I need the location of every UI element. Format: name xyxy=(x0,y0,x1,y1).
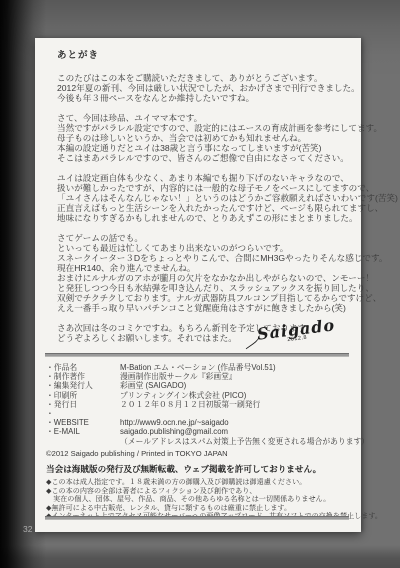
afterword-section: あとがき このたびはこの本をご購読いただきまして、ありがとうございます。2012… xyxy=(57,47,349,353)
colophon-label xyxy=(46,437,120,446)
afterword-line: さてゲームの話でも。 xyxy=(57,233,349,243)
colophon-value: プリンティングイン株式会社 (PICO) xyxy=(120,391,353,400)
afterword-line: 扱いが難しかったですが、内容的には一般的な母子モノをベースにしてますので、 xyxy=(57,183,349,193)
colophon-value: http://www9.ocn.ne.jp/~saigado xyxy=(120,418,353,427)
colophon-value: （メールアドレスはスパム対策上予告無く変更される場合があります） xyxy=(120,437,369,446)
colophon-section: ・作品名M-Bation エム・ベーション (作品番号Vol.51)・制作著作漫… xyxy=(46,363,353,458)
piracy-notice-item: ◆この本の内容の全部は著者によるフィクション及び創作であり、 xyxy=(46,487,355,496)
afterword-page: あとがき このたびはこの本をご購読いただきまして、ありがとうございます。2012… xyxy=(35,38,361,532)
colophon-label: ・ xyxy=(46,409,120,418)
piracy-notice-section: 当会は海賊版の発行及び無断転載、ウェブ掲載を許可しておりません。 ◆この本は成人… xyxy=(46,464,355,521)
colophon-rows: ・作品名M-Bation エム・ベーション (作品番号Vol.51)・制作著作漫… xyxy=(46,363,353,446)
colophon-value: 彩画堂 (SAIGADO) xyxy=(120,381,353,390)
colophon-row: （メールアドレスはスパム対策上予告無く変更される場合があります） xyxy=(46,437,353,446)
afterword-line: そこはまあパラレルですので、皆さんのご想像で自由になさってください。 xyxy=(57,153,349,163)
afterword-paragraph: さて、今回は珍品、ユイママ本です。当然ですがパラレル設定ですので、設定的にはエー… xyxy=(57,113,349,163)
afterword-line: と発狂しつつ今日も氷結弾を叩き込んだり、スラッシュアックスを振り回したり、 xyxy=(57,283,349,293)
afterword-line: 正直言えばもっと生活シーンを入れたかったんですけど、ページも限られてますし、 xyxy=(57,203,349,213)
colophon-value: saigado.publishing@gmail.com xyxy=(120,427,353,436)
divider-rule-top xyxy=(45,353,349,357)
colophon-label: ・発行日 xyxy=(46,400,120,409)
colophon-value: M-Bation エム・ベーション (作品番号Vol.51) xyxy=(120,363,353,372)
afterword-heading: あとがき xyxy=(57,47,349,61)
colophon-label: ・E-MAIL xyxy=(46,427,120,436)
afterword-paragraphs: このたびはこの本をご購読いただきまして、ありがとうございます。2012年夏の新刊… xyxy=(57,73,349,343)
colophon-row: ・印刷所プリンティングイン株式会社 (PICO) xyxy=(46,391,353,400)
copyright-line: ©2012 Saigado publishing / Printed in TO… xyxy=(46,449,353,458)
afterword-line: 当然ですがパラレル設定ですので、設定的にはエースの育成計画を参考にしてます。 xyxy=(57,123,349,133)
colophon-row: ・E-MAILsaigado.publishing@gmail.com xyxy=(46,427,353,436)
afterword-paragraph: ユイは設定画自体も少なく、あまり本編でも掘り下げのないキャラなので、扱いが難しか… xyxy=(57,173,349,223)
afterword-paragraph: さてゲームの話でも。といっても最近は忙しくてあまり出来ないのがつらいです。スネー… xyxy=(57,233,349,313)
piracy-notice-item: ◆無許可による中古販売、レンタル、貸与に類するものは厳重に禁止します。 xyxy=(46,504,355,513)
colophon-row: ・作品名M-Bation エム・ベーション (作品番号Vol.51) xyxy=(46,363,353,372)
colophon-value xyxy=(120,409,353,418)
piracy-notice-item: 実在の個人、団体、屋号、作品、商品、その他あらゆる名称とは一切関係ありません。 xyxy=(46,495,355,504)
afterword-line: 本編の設定通りだとユイは38歳と言う事になってしまいますが(苦笑) xyxy=(57,143,349,153)
afterword-paragraph: このたびはこの本をご購読いただきまして、ありがとうございます。2012年夏の新刊… xyxy=(57,73,349,103)
piracy-notice-item: ◆この本は成人指定です。１８歳未満の方の御購入及び御購読は御遠慮ください。 xyxy=(46,478,355,487)
afterword-line: スネークイーター３Dをちょっとやりこんで、合間にMH3Gやったりそんな感じです。 xyxy=(57,253,349,263)
afterword-line: 地味になりすぎるかもしれませんので、とりあえずこの形にまとまりました。 xyxy=(57,213,349,223)
afterword-line: ええ一番手っ取り早いパチンコこと覚醒鹿角はさすがに飽きましたから(笑) xyxy=(57,303,349,313)
afterword-line: 「ユイさんはそんなんじゃない！」というのはどうかご容赦願えればさいわいです(苦笑… xyxy=(57,193,349,203)
colophon-row: ・ xyxy=(46,409,353,418)
afterword-line: 母子ものは珍しいというか、当会では初めてかも知れませんね。 xyxy=(57,133,349,143)
afterword-line: おまけにルナルガのアホが朧月の欠片をなかなか出しやがらないので、ンモーー！ xyxy=(57,273,349,283)
divider-rule-bottom xyxy=(45,516,349,520)
page-number: 32 xyxy=(23,524,32,534)
colophon-label: ・印刷所 xyxy=(46,391,120,400)
colophon-value: ２０１２年０８月１２日初版第一刷発行 xyxy=(120,400,353,409)
afterword-line: といっても最近は忙しくてあまり出来ないのがつらいです。 xyxy=(57,243,349,253)
colophon-label: ・編集発行人 xyxy=(46,381,120,390)
colophon-row: ・WEBSITEhttp://www9.ocn.ne.jp/~saigado xyxy=(46,418,353,427)
colophon-row: ・編集発行人彩画堂 (SAIGADO) xyxy=(46,381,353,390)
colophon-label: ・作品名 xyxy=(46,363,120,372)
afterword-line: さて、今回は珍品、ユイママ本です。 xyxy=(57,113,349,123)
colophon-label: ・WEBSITE xyxy=(46,418,120,427)
piracy-notice-headline: 当会は海賊版の発行及び無断転載、ウェブ掲載を許可しておりません。 xyxy=(46,464,355,474)
afterword-line: 双剣でチクチクしております。ナルガ武器防具フルコンプ目指してるからですけど、 xyxy=(57,293,349,303)
afterword-line: このたびはこの本をご購読いただきまして、ありがとうございます。 xyxy=(57,73,349,83)
afterword-line: 今後も年３冊ペースをなんとか維持したいですね。 xyxy=(57,93,349,103)
colophon-row: ・発行日２０１２年０８月１２日初版第一刷発行 xyxy=(46,400,353,409)
piracy-notice-items: ◆この本は成人指定です。１８歳未満の方の御購入及び御購読は御遠慮ください。◆この… xyxy=(46,478,355,521)
scanned-page-photo: あとがき このたびはこの本をご購読いただきまして、ありがとうございます。2012… xyxy=(0,0,400,568)
afterword-line: 2012年夏の新刊、今回は厳しい状況でしたが、おかげさまで刊行できました。 xyxy=(57,83,349,93)
afterword-line: 現在HR140、余り進んでませんね。 xyxy=(57,263,349,273)
afterword-line: ユイは設定画自体も少なく、あまり本編でも掘り下げのないキャラなので、 xyxy=(57,173,349,183)
